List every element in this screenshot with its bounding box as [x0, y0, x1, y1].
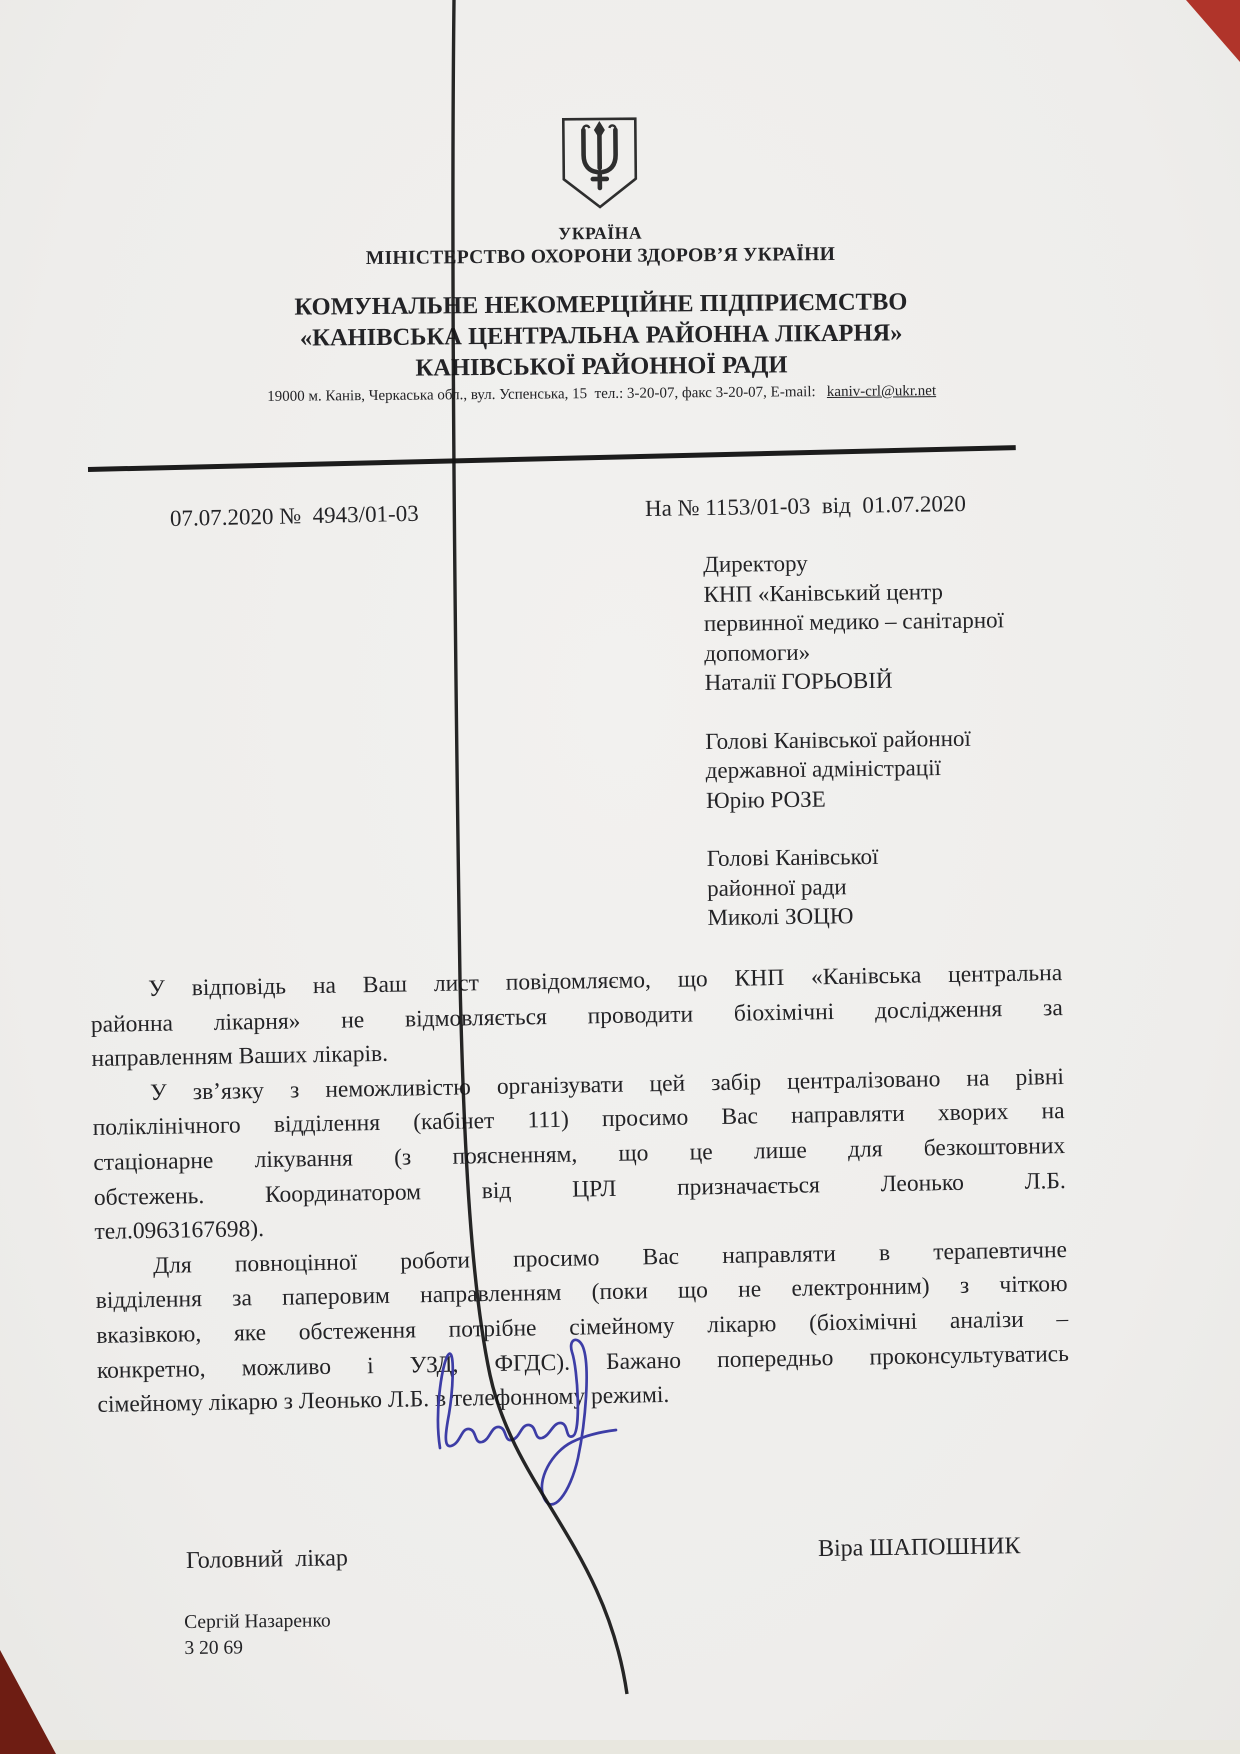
incoming-reference: На № 1153/01-03 від 01.07.2020 — [645, 491, 966, 522]
recipient-line: районної ради — [707, 870, 1007, 903]
recipient-line: Миколі ЗОЦЮ — [707, 899, 1007, 932]
signer-name: Віра ШАПОШНИК — [818, 1533, 1021, 1563]
scan-edge-band — [0, 1740, 1240, 1754]
recipient-line: Директору — [703, 546, 1003, 579]
recipient-line: Наталії ГОРЬОВІЙ — [704, 664, 1004, 697]
executor-name: Сергій Назаренко — [184, 1608, 331, 1636]
executor-block: Сергій Назаренко 3 20 69 — [184, 1608, 331, 1662]
recipient-administration-head: Голові Канівської районної державної адм… — [705, 723, 1006, 815]
handwritten-signature-ink — [418, 1328, 650, 1520]
recipient-line: первинної медико – санітарної — [704, 605, 1004, 638]
scanned-letter-page: УКРАЇНА МІНІСТЕРСТВО ОХОРОНИ ЗДОРОВ’Я УК… — [0, 0, 1240, 1754]
signer-title: Головний лікар — [186, 1545, 348, 1575]
recipient-line: КНП «Канівський центр — [703, 576, 1003, 609]
recipient-line: державної адміністрації — [706, 752, 1006, 785]
executor-phone: 3 20 69 — [184, 1634, 331, 1662]
scan-corner-artifact-top-right — [1186, 0, 1240, 62]
scan-corner-artifact-bottom-left — [0, 1650, 56, 1754]
recipient-line: допомоги» — [704, 635, 1004, 668]
body-paragraph: У зв’язку з неможливістю організувати це… — [92, 1060, 1067, 1250]
recipient-director: Директору КНП «Канівський центр первинно… — [703, 546, 1005, 697]
letterhead-divider-rule — [88, 445, 1016, 472]
contact-address-line: 19000 м. Канів, Черкаська обл., вул. Усп… — [72, 381, 1132, 407]
letterhead: УКРАЇНА МІНІСТЕРСТВО ОХОРОНИ ЗДОРОВ’Я УК… — [68, 0, 1131, 408]
email-address: kaniv-crl@ukr.net — [827, 383, 936, 400]
recipient-line: Голові Канівської районної — [705, 723, 1005, 756]
recipients-block: Директору КНП «Канівський центр первинно… — [703, 546, 1008, 961]
recipient-line: Голові Канівської — [707, 840, 1007, 873]
address-text: 19000 м. Канів, Черкаська обл., вул. Усп… — [267, 384, 827, 405]
body-paragraph: У відповідь на Ваш лист повідомляємо, що… — [90, 956, 1064, 1077]
recipient-line: Юрію РОЗЕ — [706, 782, 1006, 815]
coat-of-arms-ukraine-trident-icon — [559, 116, 640, 211]
recipient-council-head: Голові Канівської районної ради Миколі З… — [707, 840, 1008, 932]
outgoing-reference: 07.07.2020 № 4943/01-03 — [170, 501, 419, 532]
organization-name-line3: КАНІВСЬКОЇ РАЙОННОЇ РАДИ — [71, 348, 1131, 385]
